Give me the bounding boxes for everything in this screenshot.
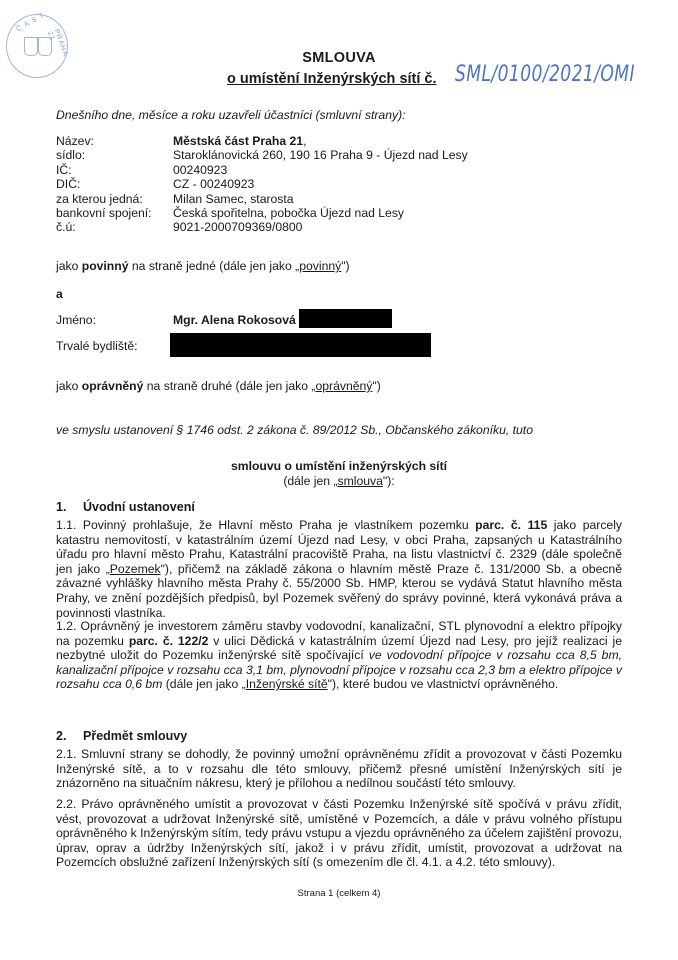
section-2-heading: 2.Předmět smlouvy xyxy=(56,729,187,743)
party1-row-ic: IČ: 00240923 xyxy=(56,163,468,177)
party2-role: jako oprávněný na straně druhé (dále jen… xyxy=(56,379,381,393)
defined-term: Pozemek xyxy=(110,562,161,576)
party2-address-label: Trvalé bydliště: xyxy=(56,339,138,353)
text: "): xyxy=(383,474,395,488)
party2-name-label: Jméno: xyxy=(56,313,96,327)
paragraph-2-2: 2.2. Právo oprávněného umístit a provozo… xyxy=(56,797,622,870)
stamp-text: Č Á S T xyxy=(15,12,46,34)
defined-term: smlouva xyxy=(338,474,383,488)
text: (dále jen jako „ xyxy=(162,677,245,691)
field-label: DIČ: xyxy=(56,177,173,191)
parcel-number: parc. č. 115 xyxy=(475,518,547,532)
section-title: Předmět smlouvy xyxy=(83,729,187,743)
text: jako xyxy=(56,379,82,393)
document-subtitle: o umístění Inženýrských sítí č. xyxy=(227,71,437,87)
field-value: 00240923 xyxy=(173,163,227,177)
official-stamp: Č Á S T PRAHA 21 xyxy=(6,14,68,78)
party1-row-seat: sídlo: Staroklánovická 260, 190 16 Praha… xyxy=(56,148,468,162)
party1-role: jako povinný na straně jedné (dále jen j… xyxy=(56,259,350,273)
redaction-box-address xyxy=(170,333,431,357)
punct: , xyxy=(303,134,306,148)
party1-row-representative: za kterou jedná: Milan Samec, starosta xyxy=(56,192,468,206)
field-value: Milan Samec, starosta xyxy=(173,192,294,206)
defined-term: Inženýrské sítě xyxy=(246,677,328,691)
party1-row-dic: DIČ: CZ - 00240923 xyxy=(56,177,468,191)
field-value: Česká spořitelna, pobočka Újezd nad Lesy xyxy=(173,206,404,220)
field-label: č.ú: xyxy=(56,220,173,234)
field-value: 9021-2000709369/0800 xyxy=(173,220,302,234)
contract-name-title: smlouvu o umístění inženýrských sítí xyxy=(0,459,678,473)
parcel-number: parc. č. 122/2 xyxy=(129,634,209,648)
text: 1.1. Povinný prohlašuje, že Hlavní město… xyxy=(56,518,475,532)
party1-row-name: Název: Městská část Praha 21, xyxy=(56,134,468,148)
intro-text: Dnešního dne, měsíce a roku uzavřeli úča… xyxy=(56,108,406,122)
section-1-heading: 1.Úvodní ustanovení xyxy=(56,500,195,514)
text-bold: oprávněný xyxy=(82,379,144,393)
text: (dále jen „ xyxy=(283,474,337,488)
text: jako xyxy=(56,259,82,273)
paragraph-2-1: 2.1. Smluvní strany se dohodly, že povin… xyxy=(56,747,622,791)
party2-name-value: Mgr. Alena Rokosová xyxy=(173,313,296,327)
contract-name-sub: (dále jen „smlouva"): xyxy=(0,474,678,488)
text-bold: povinný xyxy=(82,259,129,273)
legal-basis: ve smyslu ustanovení § 1746 odst. 2 záko… xyxy=(56,423,533,437)
field-value: Staroklánovická 260, 190 16 Praha 9 - Új… xyxy=(173,148,468,162)
text: ") xyxy=(372,379,380,393)
party1-row-account: č.ú: 9021-2000709369/0800 xyxy=(56,220,468,234)
party1-row-bank: bankovní spojení: Česká spořitelna, pobo… xyxy=(56,206,468,220)
handwritten-contract-number: SML/0100/2021/OMI xyxy=(455,62,635,87)
defined-term: povinný xyxy=(299,259,341,273)
field-label: IČ: xyxy=(56,163,173,177)
page-number: Strana 1 (celkem 4) xyxy=(0,888,678,899)
field-label: sídlo: xyxy=(56,148,173,162)
field-value: CZ - 00240923 xyxy=(173,177,254,191)
field-label: Název: xyxy=(56,134,173,148)
field-value: Městská část Praha 21 xyxy=(173,134,303,148)
field-label: bankovní spojení: xyxy=(56,206,173,220)
party1-details: Název: Městská část Praha 21, sídlo: Sta… xyxy=(56,134,468,235)
section-number: 1. xyxy=(56,500,83,514)
and-separator: a xyxy=(56,287,63,301)
text: na straně jedné (dále jen jako „ xyxy=(128,259,299,273)
text: na straně druhé (dále jen jako „ xyxy=(143,379,315,393)
paragraph-1-2: 1.2. Oprávněný je investorem záměru stav… xyxy=(56,619,622,692)
redaction-box xyxy=(299,309,392,328)
paragraph-1-1: 1.1. Povinný prohlašuje, že Hlavní město… xyxy=(56,518,622,620)
text: "), které budou ve vlastnictví oprávněné… xyxy=(328,677,559,691)
field-label: za kterou jedná: xyxy=(56,192,173,206)
text: ") xyxy=(341,259,349,273)
section-number: 2. xyxy=(56,729,83,743)
defined-term: oprávněný xyxy=(315,379,372,393)
section-title: Úvodní ustanovení xyxy=(83,500,195,514)
